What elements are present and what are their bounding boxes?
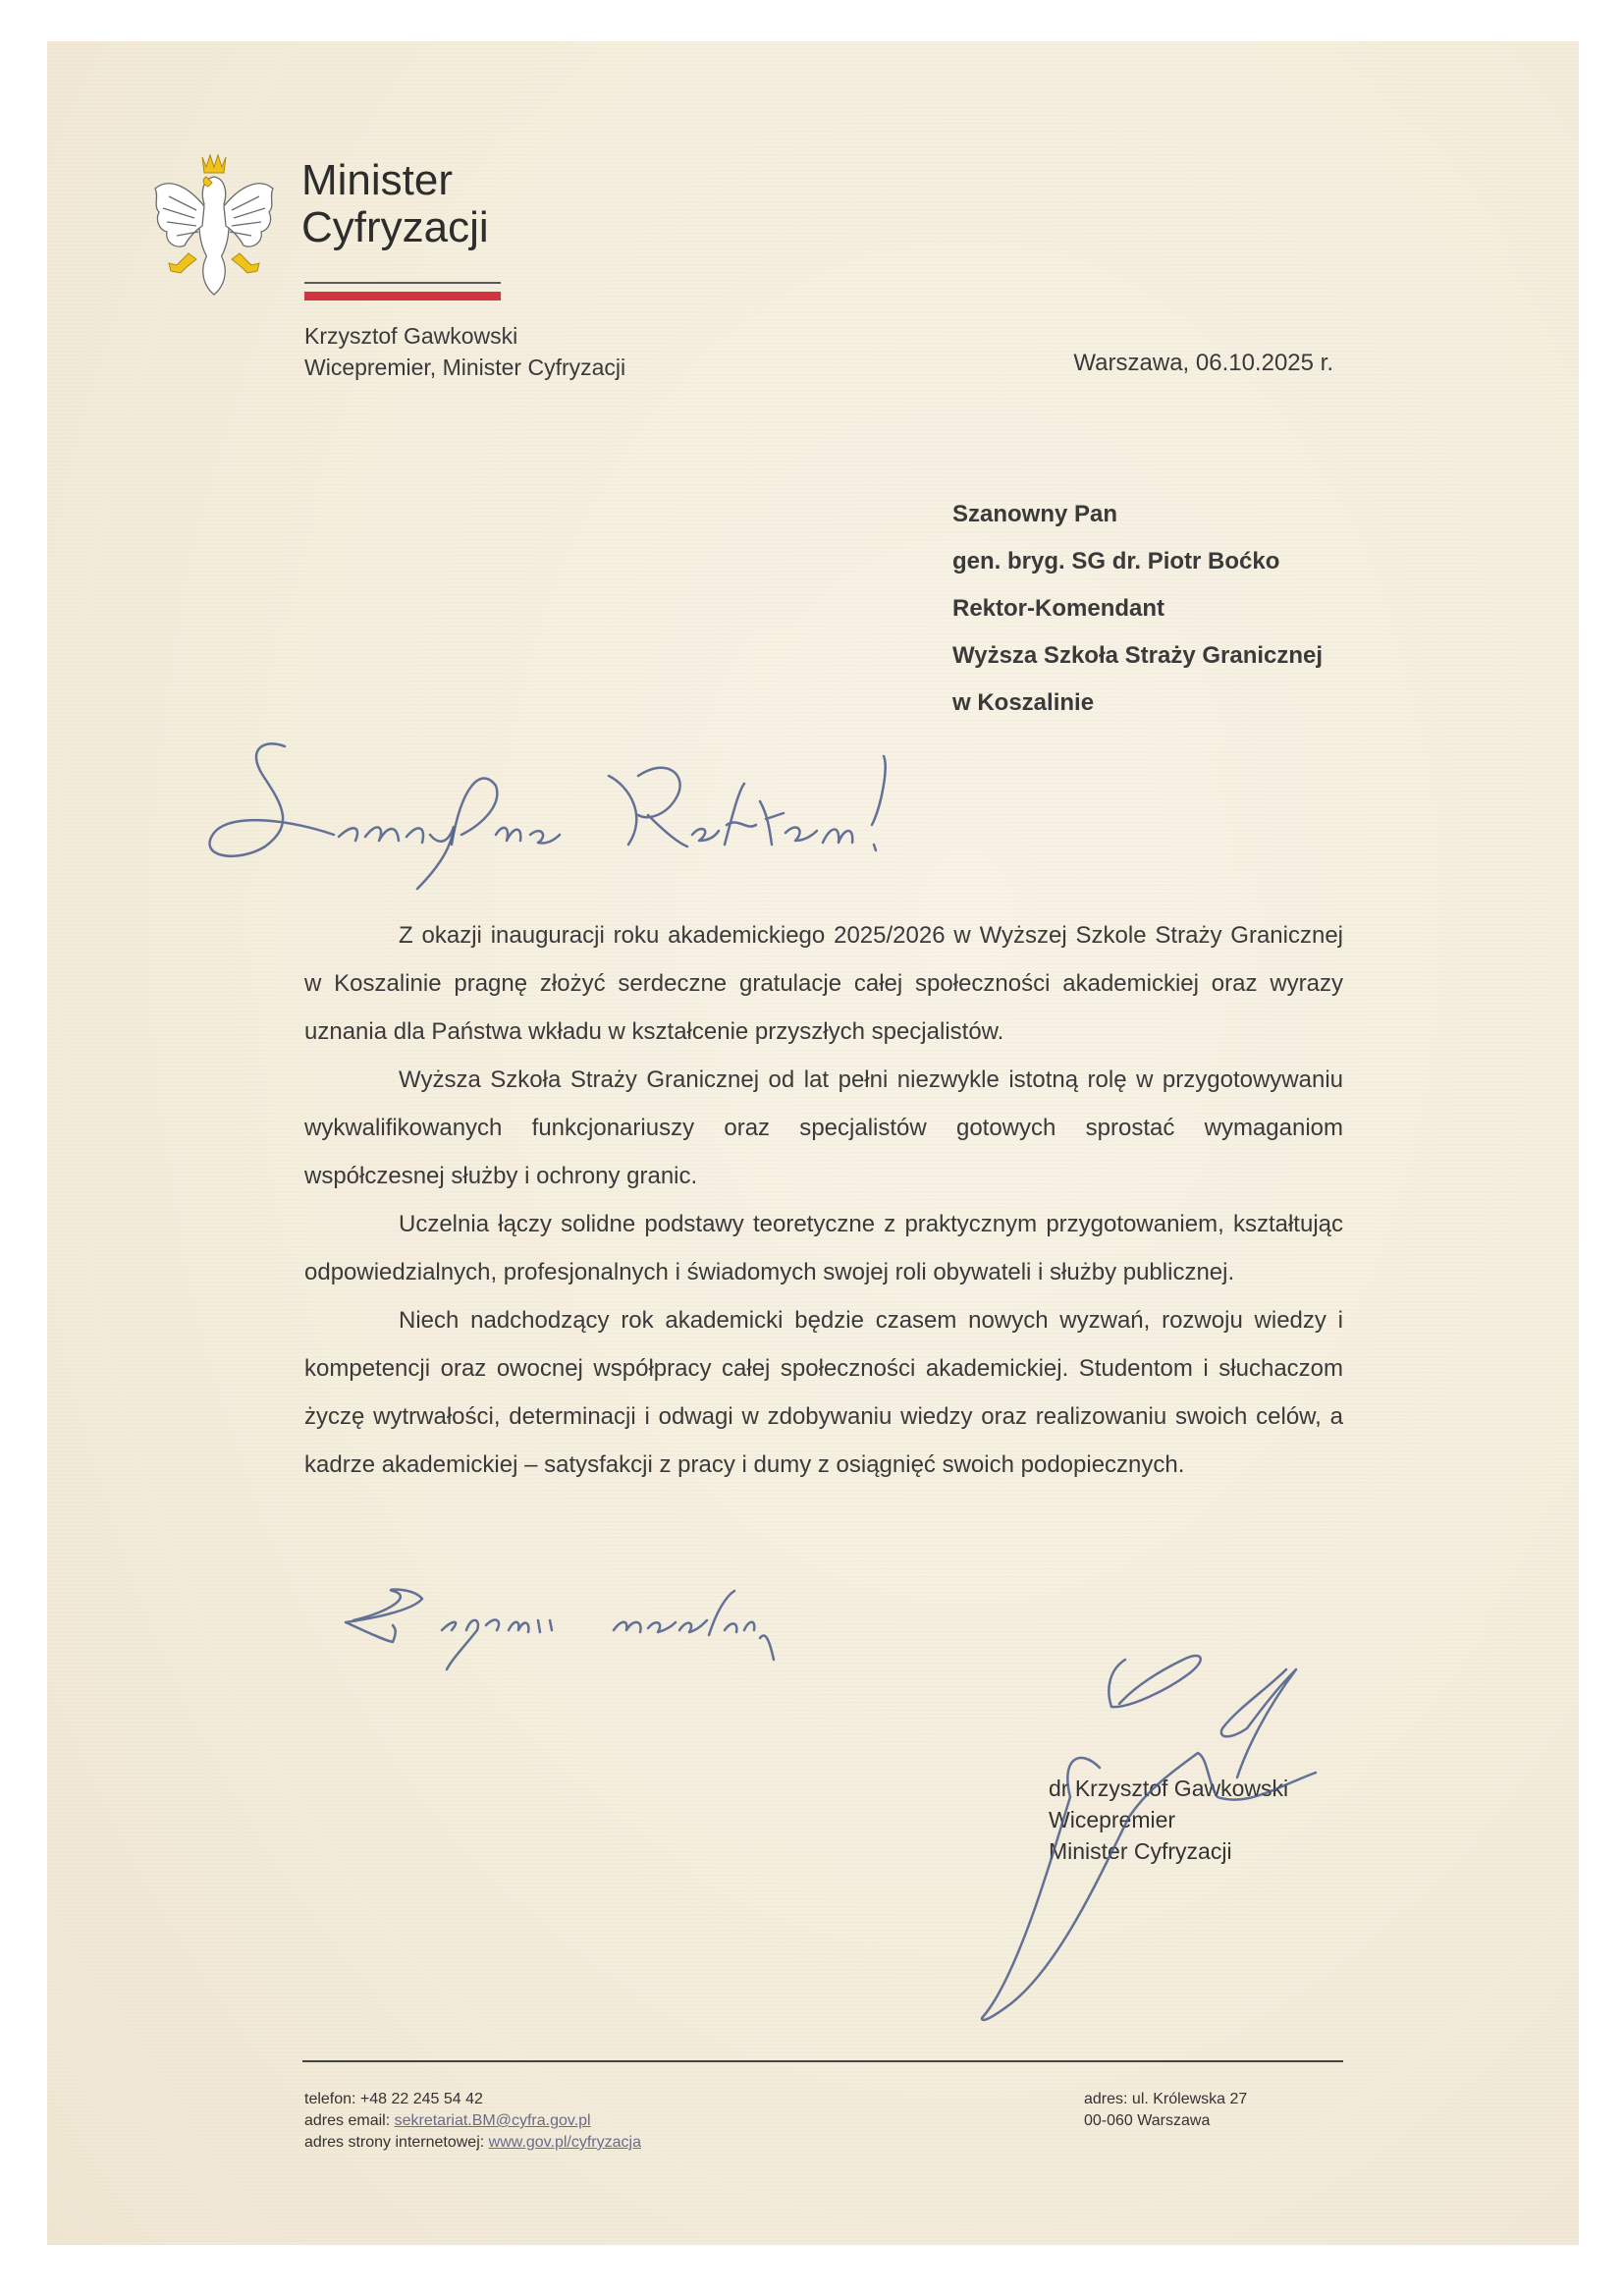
signatory-title-2: Minister Cyfryzacji [1049,1835,1288,1867]
letter-body: Z okazji inauguracji roku akademickiego … [304,911,1343,1489]
footer-address-line-2: 00-060 Warszawa [1084,2110,1247,2132]
recipient-position: Rektor-Komendant [952,585,1323,632]
recipient-block: Szanowny Pan gen. bryg. SG dr. Piotr Boć… [952,491,1323,727]
brand-divider [304,282,501,284]
footer-contact: telefon: +48 22 245 54 42 adres email: s… [304,2089,641,2154]
recipient-institution: Wyższa Szkoła Straży Granicznej [952,632,1323,680]
author-block: Krzysztof Gawkowski Wicepremier, Ministe… [304,320,625,383]
polish-eagle-crest-icon [149,147,279,300]
letter-date: Warszawa, 06.10.2025 r. [1073,350,1333,377]
brand-accent-bar [304,292,501,301]
author-name: Krzysztof Gawkowski [304,320,625,352]
footer-phone: telefon: +48 22 245 54 42 [304,2089,641,2110]
body-paragraph: Z okazji inauguracji roku akademickiego … [304,911,1343,1056]
body-paragraph: Niech nadchodzący rok akademicki będzie … [304,1296,1343,1489]
footer-web-label: adres strony internetowej: [304,2134,489,2151]
footer-web-row: adres strony internetowej: www.gov.pl/cy… [304,2132,641,2154]
footer-email-row: adres email: sekretariat.BM@cyfra.gov.pl [304,2110,641,2132]
body-paragraph: Wyższa Szkoła Straży Granicznej od lat p… [304,1056,1343,1200]
recipient-name: gen. bryg. SG dr. Piotr Boćko [952,538,1323,585]
ministry-brand: Minister Cyfryzacji [301,157,489,251]
footer-email-link[interactable]: sekretariat.BM@cyfra.gov.pl [395,2112,591,2129]
brand-line-1: Minister [301,157,489,204]
body-paragraph: Uczelnia łączy solidne podstawy teoretyc… [304,1200,1343,1296]
footer-address: adres: ul. Królewska 27 00-060 Warszawa [1084,2089,1247,2132]
footer-email-label: adres email: [304,2112,395,2129]
recipient-salutation: Szanowny Pan [952,491,1323,538]
signature-block: dr Krzysztof Gawkowski Wicepremier Minis… [1049,1773,1288,1867]
signatory-title-1: Wicepremier [1049,1804,1288,1835]
footer-divider [302,2060,1343,2062]
signatory-name: dr Krzysztof Gawkowski [1049,1773,1288,1804]
footer-web-link[interactable]: www.gov.pl/cyfryzacja [489,2134,641,2151]
author-title: Wicepremier, Minister Cyfryzacji [304,352,625,383]
recipient-city: w Koszalinie [952,680,1323,727]
footer-address-line-1: adres: ul. Królewska 27 [1084,2089,1247,2110]
brand-line-2: Cyfryzacji [301,204,489,251]
